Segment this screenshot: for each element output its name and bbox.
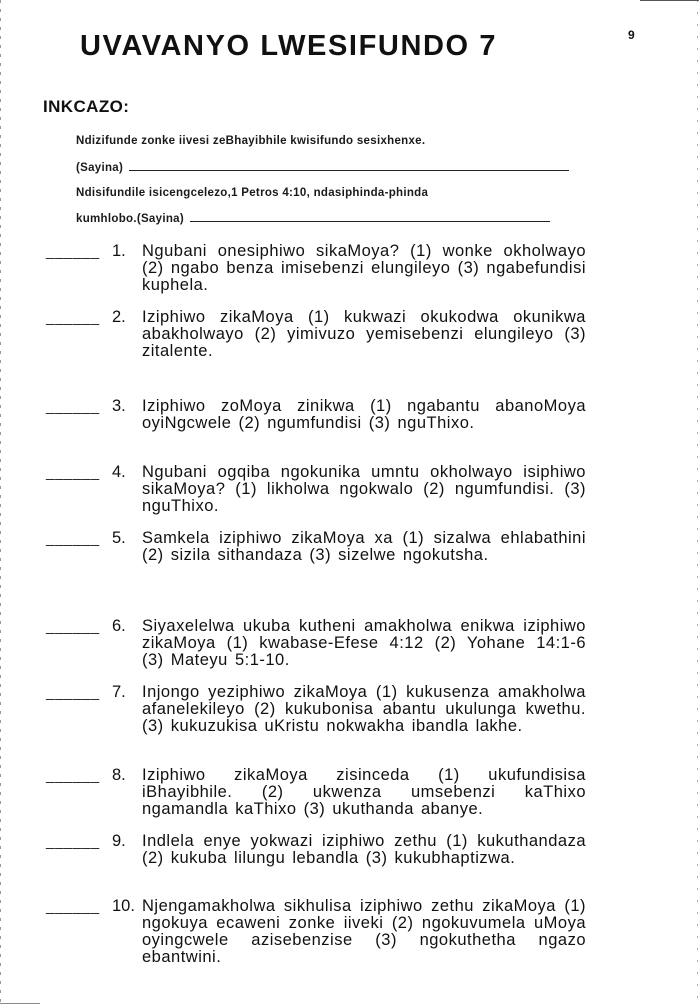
question-text: Iziphiwo zoMoya zinikwa (1) ngabantu aba… [142, 398, 586, 432]
answer-blank[interactable]: ______ [46, 243, 106, 260]
question-number: 9. [112, 833, 140, 850]
page-title: UVAVANYO LWESIFUNDO 7 [80, 30, 497, 63]
question-item: ______1.Ngubani onesiphiwo sikaMoya? (1)… [46, 243, 586, 294]
instruction-line-2: Ndisifundile isicengcelezo,1 Petros 4:10… [76, 187, 428, 199]
question-item: ______5.Samkela iziphiwo zikaMoya xa (1)… [46, 530, 586, 564]
question-item: ______6.Siyaxelelwa ukuba kutheni amakho… [46, 618, 586, 669]
question-number: 3. [112, 398, 140, 415]
question-text: Ngubani onesiphiwo sikaMoya? (1) wonke o… [142, 243, 586, 294]
question-number: 6. [112, 618, 140, 635]
answer-blank[interactable]: ______ [46, 309, 106, 326]
answer-blank[interactable]: ______ [46, 398, 106, 415]
answer-blank[interactable]: ______ [46, 898, 106, 915]
question-item: ______3.Iziphiwo zoMoya zinikwa (1) ngab… [46, 398, 586, 432]
signature-label: kumhlobo.(Sayina) [76, 213, 184, 225]
question-item: ______10.Njengamakholwa sikhulisa iziphi… [46, 898, 586, 966]
question-number: 2. [112, 309, 140, 326]
answer-blank[interactable]: ______ [46, 464, 106, 481]
question-text: Ngubani ogqiba ngokunika umntu okholwayo… [142, 464, 586, 515]
question-text: Siyaxelelwa ukuba kutheni amakholwa enik… [142, 618, 586, 669]
answer-blank[interactable]: ______ [46, 530, 106, 547]
question-text: Iziphiwo zikaMoya (1) kukwazi okukodwa o… [142, 309, 586, 360]
signature-field[interactable] [129, 169, 569, 171]
question-text: Injongo yeziphiwo zikaMoya (1) kukusenza… [142, 684, 586, 735]
answer-blank[interactable]: ______ [46, 833, 106, 850]
question-item: ______8.Iziphiwo zikaMoya zisinceda (1) … [46, 767, 586, 818]
question-item: ______2.Iziphiwo zikaMoya (1) kukwazi ok… [46, 309, 586, 360]
answer-blank[interactable]: ______ [46, 684, 106, 701]
instruction-line-1: Ndizifunde zonke iivesi zeBhayibhile kwi… [76, 135, 425, 147]
scan-edge-top [640, 0, 699, 1]
question-item: ______4.Ngubani ogqiba ngokunika umntu o… [46, 464, 586, 515]
signature-row-2: kumhlobo.(Sayina) [76, 213, 550, 225]
signature-row-1: (Sayina) [76, 162, 569, 174]
instructions-heading: INKCAZO: [43, 97, 129, 117]
question-text: Iziphiwo zikaMoya zisinceda (1) ukufundi… [142, 767, 586, 818]
question-number: 7. [112, 684, 140, 701]
question-number: 5. [112, 530, 140, 547]
scan-edge-right [697, 0, 698, 1006]
question-item: ______7.Injongo yeziphiwo zikaMoya (1) k… [46, 684, 586, 735]
question-number: 4. [112, 464, 140, 481]
scan-edge-left [0, 0, 1, 1006]
question-number: 1. [112, 243, 140, 260]
question-item: ______9.Indlela enye yokwazi iziphiwo ze… [46, 833, 586, 867]
page-number: 9 [628, 28, 635, 42]
question-text: Samkela iziphiwo zikaMoya xa (1) sizalwa… [142, 530, 586, 564]
question-text: Indlela enye yokwazi iziphiwo zethu (1) … [142, 833, 586, 867]
signature-field[interactable] [190, 220, 550, 222]
scan-edge-bottom [0, 1003, 40, 1004]
signature-label: (Sayina) [76, 162, 123, 174]
question-text: Njengamakholwa sikhulisa iziphiwo zethu … [142, 898, 586, 966]
question-number: 10. [112, 898, 140, 915]
question-number: 8. [112, 767, 140, 784]
answer-blank[interactable]: ______ [46, 618, 106, 635]
answer-blank[interactable]: ______ [46, 767, 106, 784]
